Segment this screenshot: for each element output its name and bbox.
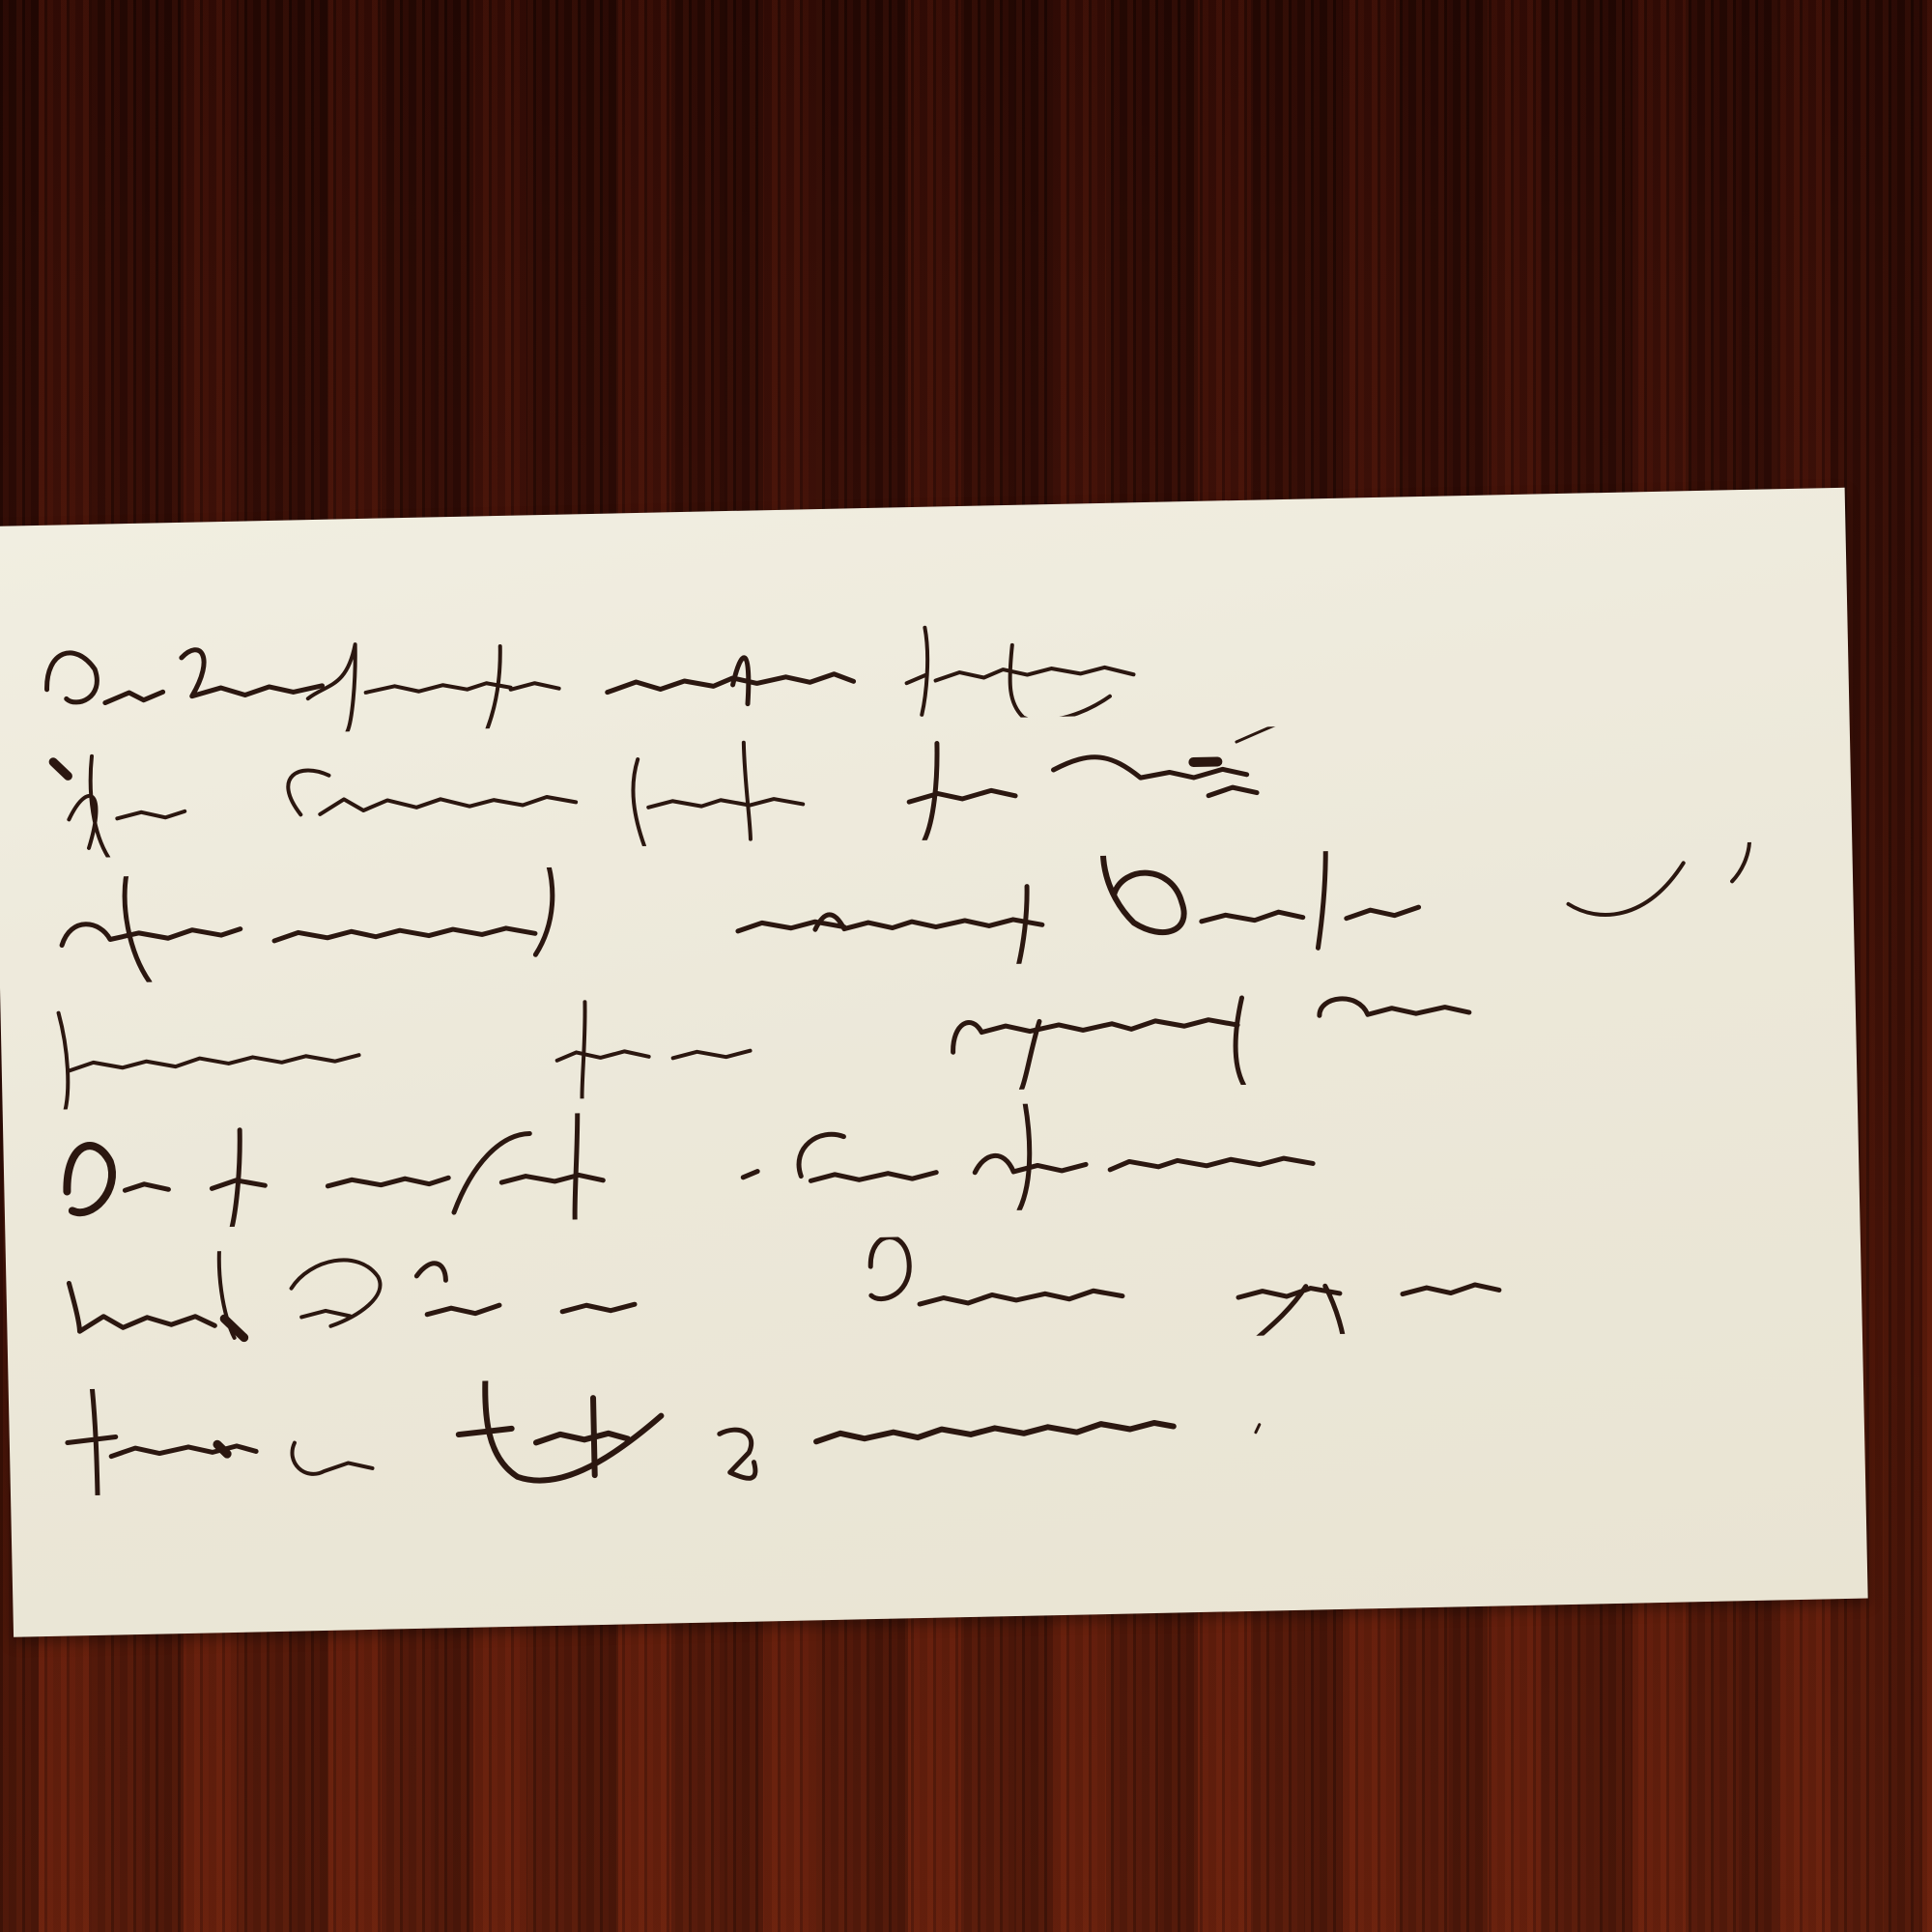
handwriting-line-1: [illegible Kurrent handwriting, line 1] [36,603,1429,738]
handwriting-line-5: [illegible Kurrent handwriting, line 5] [46,1088,1816,1231]
handwritten-note-card: [illegible Kurrent handwriting, line 1] … [0,488,1868,1637]
ink-strokes [39,715,1828,859]
handwriting-line-2: [illegible Kurrent handwriting, line 2] [39,715,1828,859]
handwriting-line-4: [illegible Kurrent handwriting, line 4] [43,967,1784,1110]
ink-strokes [42,840,1831,984]
ink-strokes [52,1357,1609,1496]
ink-strokes [46,1088,1816,1231]
handwriting-line-7: [illegible Kurrent handwriting, line 7] [52,1357,1609,1496]
ink-strokes [36,603,1429,738]
handwriting-line-6: [illegible Kurrent handwriting, line 6] [49,1218,1809,1361]
handwriting-line-3: [illegible Kurrent handwriting, line 3] [42,840,1831,984]
ink-strokes [43,967,1784,1110]
ink-strokes [49,1218,1809,1361]
wooden-table-surface: [illegible Kurrent handwriting, line 1] … [0,0,1932,1932]
